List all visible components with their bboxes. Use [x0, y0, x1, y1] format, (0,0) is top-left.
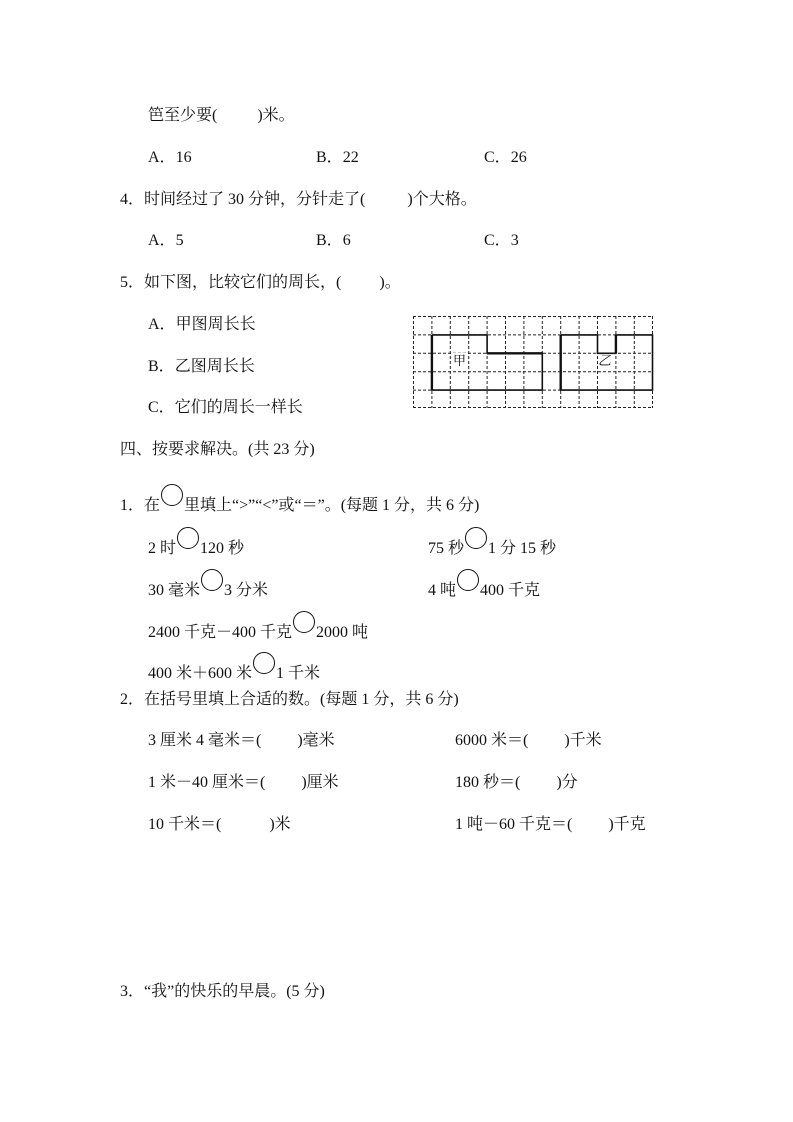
part3-title: 3．“我”的快乐的早晨。(5 分)	[120, 982, 325, 1002]
fill-before: 180 秒＝(	[455, 774, 520, 791]
fill-before: 1 米－40 厘米＝(	[148, 774, 265, 791]
option-label: C．	[484, 149, 511, 166]
option-value: 乙图周长长	[175, 358, 255, 375]
compare-circle-input[interactable]	[201, 569, 223, 591]
q3-option-a[interactable]: A．16	[148, 148, 192, 168]
compare-right: 2000 吨	[316, 624, 368, 641]
option-label: A．	[148, 316, 176, 333]
option-label: A．	[148, 149, 176, 166]
q4-option-b[interactable]: B．6	[316, 231, 351, 251]
option-label: B．	[316, 232, 343, 249]
fill-item-4: 180 秒＝()分	[455, 773, 578, 793]
part3-number: 3．	[120, 983, 144, 1000]
option-label: B．	[316, 149, 343, 166]
section4-title: 四、按要求解决。(共 23 分)	[120, 440, 315, 460]
option-value: 甲图周长长	[176, 316, 256, 333]
compare-item-4: 4 吨400 千克	[428, 569, 540, 589]
fill-before: 10 千米＝(	[148, 816, 221, 833]
q3-option-c[interactable]: C．26	[484, 148, 527, 168]
part2-text: 在括号里填上合适的数。(每题 1 分，共 6 分)	[144, 691, 459, 708]
q4-text-after: )个大格。	[407, 191, 476, 208]
compare-item-1: 2 时120 秒	[148, 527, 244, 547]
q3-text-before: 笆至少要(	[148, 107, 217, 124]
fill-before: 6000 米＝(	[455, 732, 528, 749]
q5-option-a[interactable]: A．甲图周长长	[148, 315, 256, 335]
fill-before: 1 吨－60 千克＝(	[455, 816, 572, 833]
q4-number: 4．	[120, 191, 144, 208]
fill-item-6: 1 吨－60 千克＝()千克	[455, 815, 646, 835]
shape-yi-label: 乙	[598, 353, 611, 369]
compare-left: 400 米＋600 米	[148, 665, 252, 682]
compare-left: 2400 千克－400 千克	[148, 624, 292, 641]
q5-number: 5．	[120, 274, 144, 291]
fill-after: )毫米	[297, 732, 334, 749]
compare-right: 1 分 15 秒	[488, 540, 556, 557]
option-label: B．	[148, 358, 175, 375]
option-value: 6	[343, 232, 351, 249]
part2-title: 2．在括号里填上合适的数。(每题 1 分，共 6 分)	[120, 690, 459, 710]
q5-stem: 5．如下图，比较它们的周长，()。	[120, 273, 401, 293]
compare-circle-input[interactable]	[457, 569, 479, 591]
fill-before: 3 厘米 4 毫米＝(	[148, 732, 261, 749]
q4-stem: 4．时间经过了 30 分钟，分针走了()个大格。	[120, 190, 477, 210]
option-label: C．	[148, 399, 175, 416]
compare-item-2: 75 秒1 分 15 秒	[428, 527, 556, 547]
perimeter-grid-figure: 甲 乙	[413, 316, 655, 416]
fill-after: )米	[269, 816, 290, 833]
q4-text-before: 时间经过了 30 分钟，分针走了(	[144, 191, 365, 208]
compare-left: 2 时	[148, 540, 176, 557]
fill-after: )分	[556, 774, 577, 791]
q5-option-b[interactable]: B．乙图周长长	[148, 357, 255, 377]
compare-item-3: 30 毫米3 分米	[148, 569, 268, 589]
compare-right: 120 秒	[200, 540, 244, 557]
compare-left: 75 秒	[428, 540, 464, 557]
option-value: 26	[511, 149, 527, 166]
fill-item-2: 6000 米＝()千米	[455, 731, 602, 751]
q4-option-a[interactable]: A．5	[148, 231, 184, 251]
circle-icon	[161, 484, 183, 506]
compare-circle-input[interactable]	[293, 611, 315, 633]
option-value: 5	[176, 232, 184, 249]
q3-text-after: )米。	[257, 107, 294, 124]
compare-right: 400 千克	[480, 582, 540, 599]
q5-text-before: 如下图，比较它们的周长，(	[144, 274, 341, 291]
fill-item-1: 3 厘米 4 毫米＝()毫米	[148, 731, 335, 751]
option-value: 16	[176, 149, 192, 166]
fill-item-3: 1 米－40 厘米＝()厘米	[148, 773, 339, 793]
shape-jia-label: 甲	[453, 353, 466, 369]
option-value: 22	[343, 149, 359, 166]
part1-text-before: 在	[144, 497, 160, 514]
compare-circle-input[interactable]	[177, 527, 199, 549]
part3-text: “我”的快乐的早晨。(5 分)	[144, 983, 325, 1000]
option-label: A．	[148, 232, 176, 249]
fill-after: )厘米	[301, 774, 338, 791]
q4-option-c[interactable]: C．3	[484, 231, 519, 251]
part2-number: 2．	[120, 691, 144, 708]
compare-right: 3 分米	[224, 582, 268, 599]
part1-text-after: 里填上“>”“<”或“＝”。(每题 1 分，共 6 分)	[184, 497, 479, 514]
q5-text-after: )。	[379, 274, 400, 291]
q5-option-c[interactable]: C．它们的周长一样长	[148, 398, 303, 418]
compare-left: 4 吨	[428, 582, 456, 599]
part1-number: 1．	[120, 497, 144, 514]
compare-item-5: 2400 千克－400 千克2000 吨	[148, 611, 368, 631]
compare-circle-input[interactable]	[253, 652, 275, 674]
q3-stem: 笆至少要()米。	[148, 106, 295, 126]
option-value: 它们的周长一样长	[175, 399, 303, 416]
compare-left: 30 毫米	[148, 582, 200, 599]
compare-item-6: 400 米＋600 米1 千米	[148, 652, 320, 672]
fill-after: )千米	[564, 732, 601, 749]
option-value: 3	[511, 232, 519, 249]
option-label: C．	[484, 232, 511, 249]
fill-item-5: 10 千米＝()米	[148, 815, 291, 835]
compare-circle-input[interactable]	[465, 527, 487, 549]
q3-option-b[interactable]: B．22	[316, 148, 359, 168]
fill-after: )千克	[608, 816, 645, 833]
compare-right: 1 千米	[276, 665, 320, 682]
part1-title: 1．在里填上“>”“<”或“＝”。(每题 1 分，共 6 分)	[120, 484, 479, 504]
